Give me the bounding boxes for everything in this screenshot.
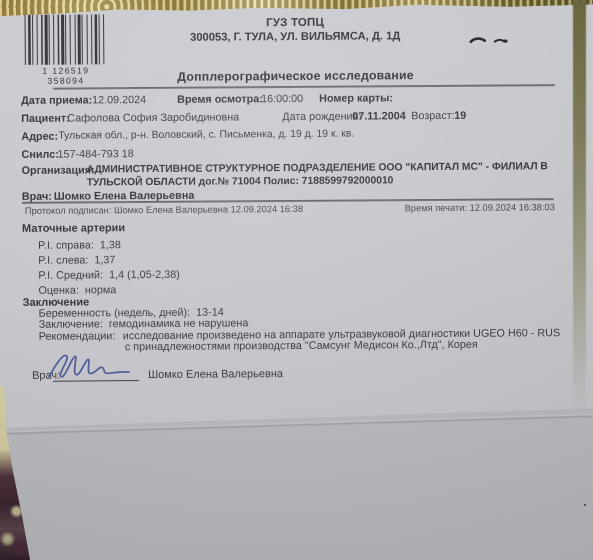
age-value: 19 [454,110,466,122]
pi-left-value: 1,37 [94,254,115,266]
pi-right-value: 1,38 [100,239,121,251]
birth-date-label: Дата рождения: [282,111,361,124]
print-time: Время печати: 12.09.2024 16:38:03 [405,202,555,213]
assessment-label: Оценка: [38,285,78,297]
assessment-value: норма [85,284,116,296]
exam-time-value: 16:00:00 [261,93,303,105]
pi-mean-row: P.I. Средний: 1,4 (1,05-2,38) [38,269,180,282]
organization-value: АДМИНИСТРАТИВНОЕ СТРУКТУРНОЕ ПОДРАЗДЕЛЕН… [87,161,567,190]
pi-mean-label: P.I. Средний: [38,269,103,281]
pi-mean-value: 1,4 (1,05-2,38) [109,269,180,281]
assessment-row: Оценка: норма [38,284,116,297]
address-value: Тульская обл., р-н. Воловский, с. Письме… [58,129,354,142]
title-rule [53,84,555,90]
pi-right-row: P.I. справа: 1,38 [38,239,121,252]
admission-date-value: 12.09.2024 [92,94,146,106]
pi-left-row: P.I. слева: 1,37 [38,254,115,267]
pen-marks-icon [467,32,517,48]
patient-label: Пациент: [21,113,70,125]
recommendations-label: Рекомендации: [39,330,116,343]
report-content: 1 126519 358094 ГУЗ ТОПЦ 300053, Г. ТУЛА… [0,0,593,560]
address-label: Адрес: [21,131,58,143]
pi-right-label: P.I. справа: [38,239,94,251]
doctor-signature [45,350,145,383]
admission-date-label: Дата приема: [21,94,92,106]
snils-label: Снилс: [21,149,58,161]
organization-label: Организация: [22,164,95,177]
conclusion-label: Заключение: [39,318,103,330]
birth-date-value: 07.11.2004 [352,110,406,122]
signature-doctor-name: Шомко Елена Валерьевна [148,368,283,381]
pi-left-label: P.I. слева: [38,254,88,266]
age-label: Возраст: [411,110,454,122]
snils-value: 157-484-793 18 [57,148,133,161]
patient-name: Сафолова София Заробидиновна [67,111,239,124]
exam-time-label: Время осмотра: [177,93,263,106]
recommendations-value-2: с принадлежностями производства "Самсунг… [125,339,478,353]
conclusion-value: гемодинамика не нарушена [109,317,249,330]
protocol-signed: Протокол подписан: Шомко Елена Валерьевн… [25,204,303,216]
uterine-arteries-title: Маточные артерии [22,222,125,235]
document-photo: 1 126519 358094 ГУЗ ТОПЦ 300053, Г. ТУЛА… [0,0,593,560]
report-title: Допплерографическое исследование [0,67,592,85]
card-number-label: Номер карты: [319,92,393,105]
